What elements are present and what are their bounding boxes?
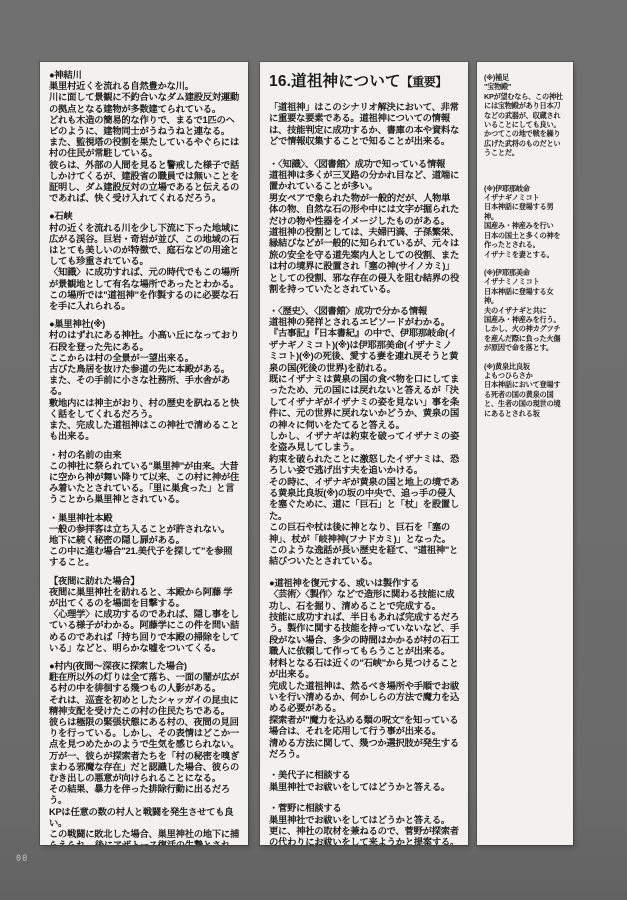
note-heading: (※)補足 (484, 73, 566, 82)
section-body: 村のはずれにある神社。小高い丘になっており石段を登った先にある。 ここからは村の… (49, 330, 239, 442)
section-body: 駐在所以外の灯りは全て落ち、一面の闇が広がる村の中を徘徊する幾つもの人影がある。… (49, 672, 239, 845)
section-knowledge-library-info: ・〈知識〉、〈図書館〉成功で知っている情報 道祖神は多くが三叉路の分かれ目など、… (269, 159, 459, 296)
section-create-dosojin: ●道祖神を復元する、或いは製作する 〈芸術〉〈製作〉などで造形に関わる技能に成功… (269, 578, 459, 761)
section-heading: ・村の名前の由来 (49, 450, 239, 461)
note-heading: (※)伊耶那岐命 (484, 184, 566, 193)
page-number: 00 (16, 854, 28, 864)
section-heading: ・菅野に相談する (269, 803, 459, 814)
section-body: 巣里神社でお祓いをしてはどうかと答える。 更に、神社の取材を兼ねるので、菅野が探… (269, 815, 459, 845)
note-izanagi: (※)伊耶那岐命 イザナギノミコト 日本神話に登場する男神。 国産み・神産みを行… (484, 184, 566, 259)
section-suri-shrine: ●巣里神社(※) 村のはずれにある神社。小高い丘になっており石段を登った先にある… (49, 319, 239, 442)
dosojin-intro-paragraph: 「道祖神」はこのシナリオ解決において、非常に重要な要素である。道祖神についての情… (269, 102, 459, 148)
page-title-text: 16.道祖神について (269, 73, 401, 90)
page-title: 16.道祖神について【重要】 (269, 71, 459, 93)
section-body: 夜間に巣里神社を訪れると、本殿から阿藤 学が出てくるのを場面を目撃する。 〈心理… (49, 587, 239, 654)
section-body: この神社に祭られている"巣里神"が由来。大昔に空から神が舞い降りて以来、この村に… (49, 461, 239, 506)
note-body: イザナミノミコト 日本神話に登場する女神。 夫のイザナギと共に 国産み・神産みを… (484, 277, 566, 352)
section-heading: 【夜間に訪れた場合】 (49, 576, 239, 587)
section-heading: ●神結川 (49, 70, 239, 81)
note-body: イザナギノミコト 日本神話に登場する男神。 国産み・神産みを行い 日本の国土と多… (484, 193, 566, 259)
note-body: よもつひらさか 日本神話において登場する死者の国の黄泉の国と、生者の国の現世の境… (484, 371, 566, 418)
section-body: 道祖神は多くが三叉路の分かれ目など、道端に置かれていることが多い。 男女ペアで象… (269, 170, 459, 295)
column-left: ●神結川 巣里村近くを流れる自然豊かな川。 川に面して景観に不釣合いなダム建設反… (40, 62, 248, 845)
note-heading: (※)伊耶那美命 (484, 268, 566, 277)
section-heading: ・〈知識〉、〈図書館〉成功で知っている情報 (269, 159, 459, 170)
section-village-name-origin: ・村の名前の由来 この神社に祭られている"巣里神"が由来。大昔に空から神が舞い降… (49, 450, 239, 506)
section-heading: ・〈歴史〉、〈図書館〉成功で分かる情報 (269, 306, 459, 317)
section-shrine-honden: ・巣里神社本殿 一般の参拝客は立ち入ることが許されない。 地下に続く秘密の隠し扉… (49, 513, 239, 569)
note-body: "宝物殿" KPが望むなら、この神社には宝物殿があり日本刀などの武器が、収蔵され… (484, 82, 566, 157)
section-heading: ●石峡 (49, 211, 239, 222)
scanned-book-page: ●神結川 巣里村近くを流れる自然豊かな川。 川に面して景観に不釣合いなダム建設反… (0, 0, 627, 900)
section-body: 村の近くを流れる川を少し下流に下った地域に広がる渓谷。巨岩・奇岩が並び、この地域… (49, 223, 239, 313)
note-supplement-treasure-hall: (※)補足 "宝物殿" KPが望むなら、この神社には宝物殿があり日本刀などの武器… (484, 73, 566, 158)
section-ishikyo-gorge: ●石峡 村の近くを流れる川を少し下流に下った地域に広がる渓谷。巨岩・奇岩が並び、… (49, 211, 239, 312)
section-consult-kanno: ・菅野に相談する 巣里神社でお祓いをしてはどうかと答える。 更に、神社の取材を兼… (269, 803, 459, 845)
column-side-notes: (※)補足 "宝物殿" KPが望むなら、この神社には宝物殿があり日本刀などの武器… (477, 62, 573, 845)
section-body: 道祖神の発祥とされるエピソードがわかる。 『古事記』『日本書紀』の中で、伊耶那岐… (269, 317, 459, 568)
section-heading: ●巣里神社(※) (49, 319, 239, 330)
note-izanami: (※)伊耶那美命 イザナミノミコト 日本神話に登場する女神。 夫のイザナギと共に… (484, 268, 566, 353)
section-body: 一般の参拝客は立ち入ることが許されない。 地下に続く秘密の隠し扉がある。 この中… (49, 524, 239, 569)
section-heading: ●村内(夜間～深夜に探索した場合) (49, 661, 239, 672)
section-heading: ●道祖神を復元する、或いは製作する (269, 578, 459, 589)
section-consult-miyoko: ・美代子に相談する 巣里神社でお祓いをしてはどうかと答える。 (269, 770, 459, 793)
section-body: 巣里神社でお祓いをしてはどうかと答える。 (269, 782, 459, 793)
section-heading: ・美代子に相談する (269, 770, 459, 781)
section-history-library-info: ・〈歴史〉、〈図書館〉成功で分かる情報 道祖神の発祥とされるエピソードがわかる。… (269, 306, 459, 568)
note-heading: (※)黄泉比良坂 (484, 362, 566, 371)
section-kamiyui-river: ●神結川 巣里村近くを流れる自然豊かな川。 川に面して景観に不釣合いなダム建設反… (49, 70, 239, 204)
section-body: 〈芸術〉〈製作〉などで造形に関わる技能に成功し、石を掘り、清めることで完成する。… (269, 589, 459, 760)
page-title-importance-tag: 【重要】 (401, 75, 447, 89)
column-middle: 16.道祖神について【重要】 「道祖神」はこのシナリオ解決において、非常に重要な… (260, 62, 468, 845)
section-night-visit: 【夜間に訪れた場合】 夜間に巣里神社を訪れると、本殿から阿藤 学が出てくるのを場… (49, 576, 239, 654)
note-yomotsuhirasaka: (※)黄泉比良坂 よもつひらさか 日本神話において登場する死者の国の黄泉の国と、… (484, 362, 566, 418)
section-body: 巣里村近くを流れる自然豊かな川。 川に面して景観に不釣合いなダム建設反対運動の拠… (49, 81, 239, 204)
section-heading: ・巣里神社本殿 (49, 513, 239, 524)
section-village-at-night: ●村内(夜間～深夜に探索した場合) 駐在所以外の灯りは全て落ち、一面の闇が広がる… (49, 661, 239, 845)
